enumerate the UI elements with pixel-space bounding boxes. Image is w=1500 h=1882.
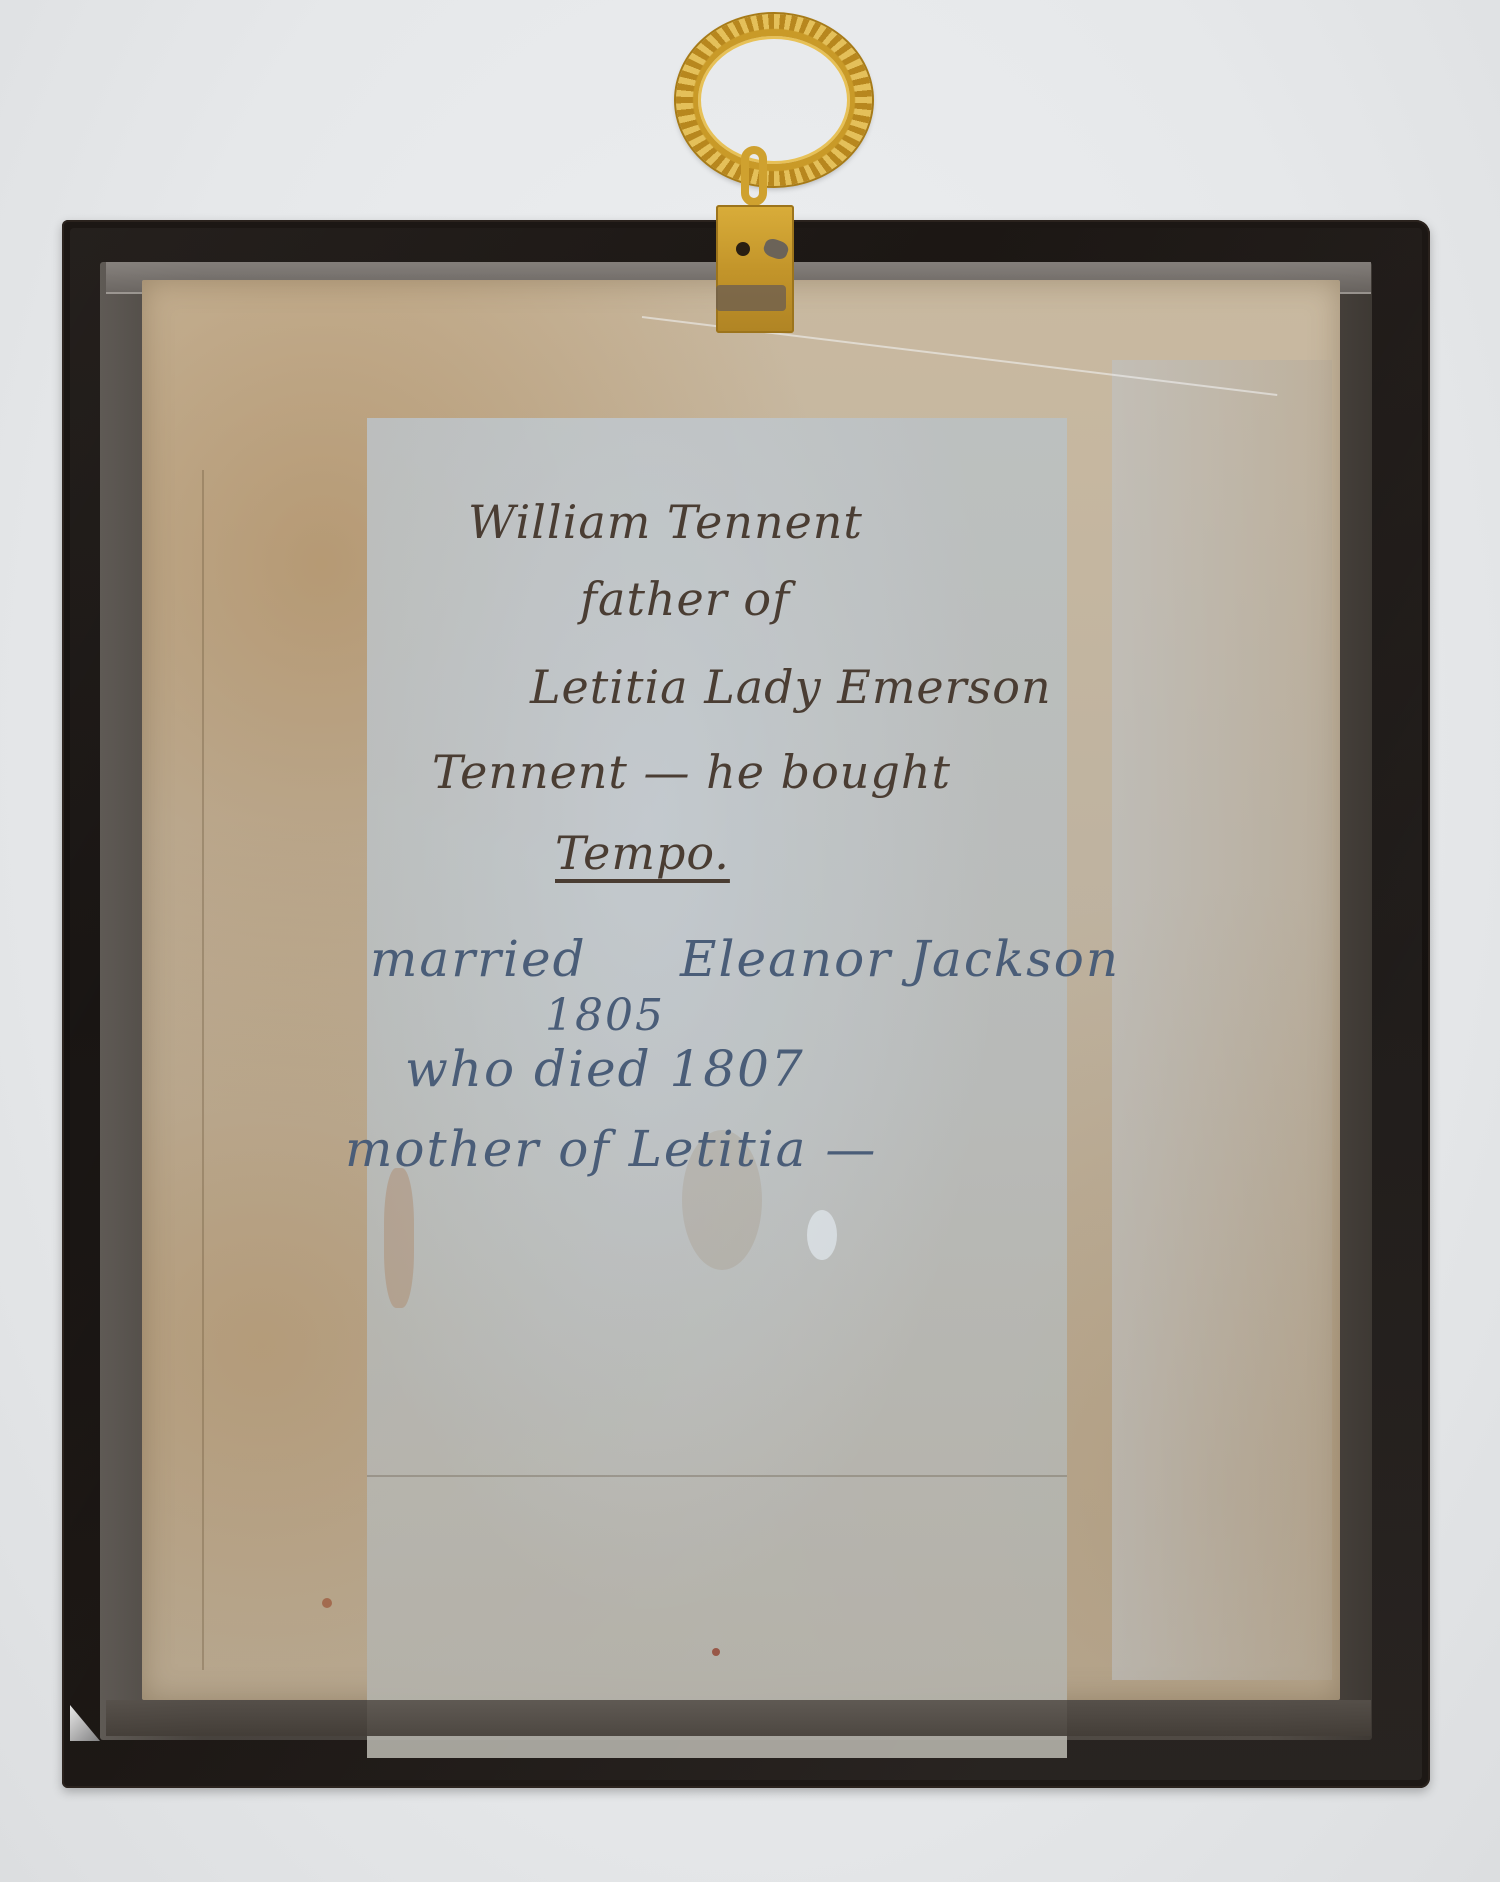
inscription-line-letitia: Letitia Lady Emerson [530, 660, 1052, 714]
inscription-line-mother: mother of Letitia — [345, 1120, 877, 1178]
inscription-line-name: William Tennent [468, 495, 863, 549]
suspension-loop [741, 146, 767, 206]
inscription-year-1805: 1805 [545, 990, 665, 1041]
gilt-ring-icon [676, 14, 872, 186]
inscription-line-tempo: Tempo. [555, 826, 730, 880]
inscription-line-father-of: father of [580, 572, 790, 626]
rivet-hole [736, 242, 750, 256]
inscription-line-died: who died 1807 [405, 1040, 805, 1098]
hanger-bracket [716, 205, 794, 333]
inscription-line-bought: Tennent — he bought [432, 745, 951, 799]
inscription-line-eleanor: Eleanor Jackson [680, 930, 1120, 988]
photo-scene: William Tennent father of Letitia Lady E… [0, 0, 1500, 1882]
inscription-line-married: married [370, 930, 587, 988]
bracket-wear [716, 285, 786, 311]
